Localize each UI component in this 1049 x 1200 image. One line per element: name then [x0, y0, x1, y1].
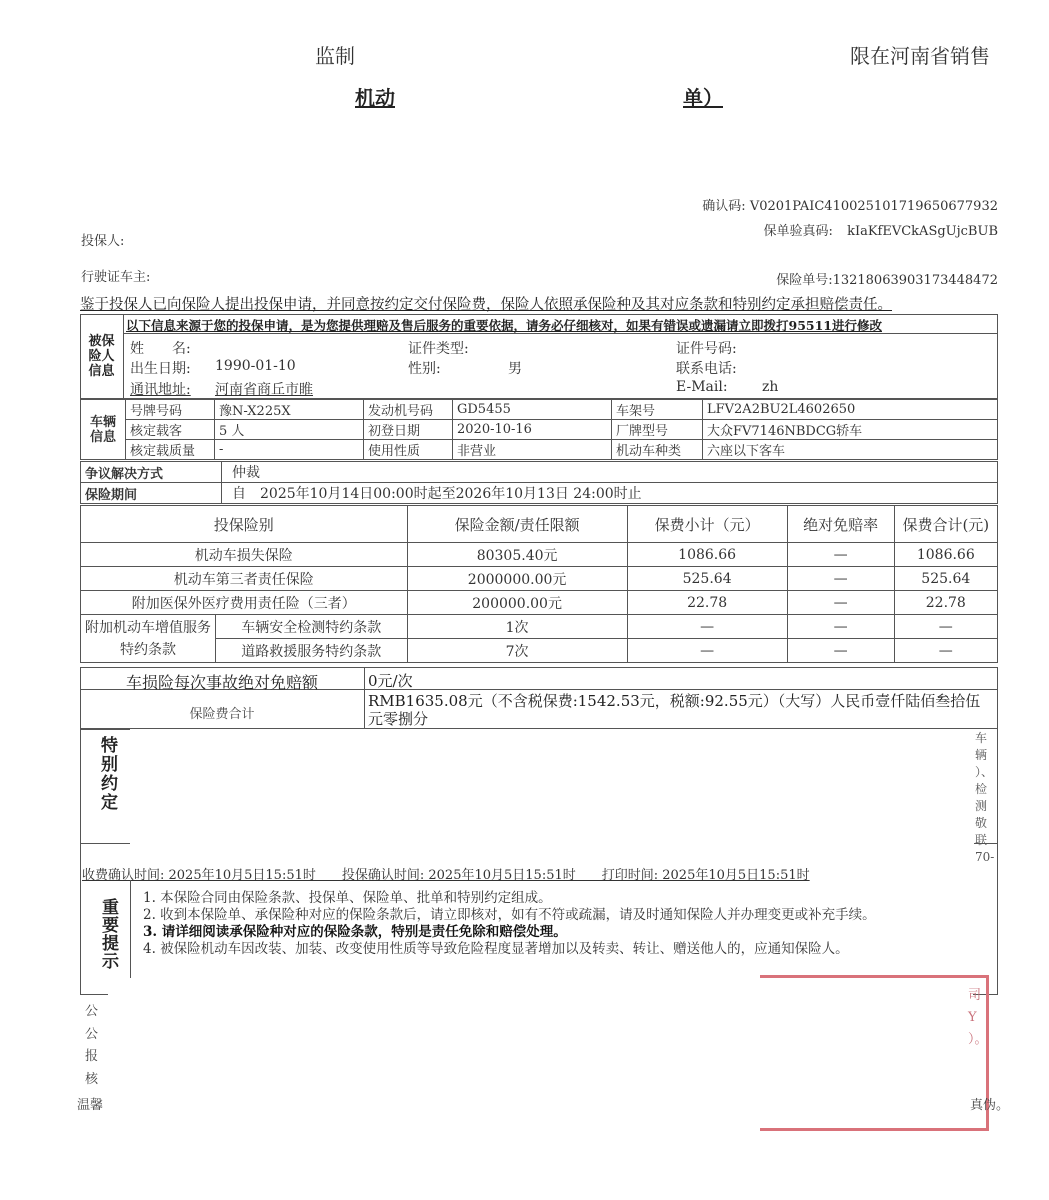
premium-label: 保险费合计 — [80, 703, 364, 722]
plate-value: 豫N-X225X — [215, 400, 364, 420]
seats-value: 5 人 — [215, 420, 364, 440]
coverage-total: 22.78 — [894, 591, 997, 615]
fragment: ）、 — [975, 764, 997, 781]
coverage-total: 1086.66 — [894, 543, 997, 567]
divider — [80, 729, 81, 844]
coverage-deductible: — — [787, 543, 894, 567]
coverage-name: 机动车损失保险 — [81, 543, 408, 567]
email-label: E-Mail: — [676, 379, 728, 395]
model-value: 大众FV7146NBDCG轿车 — [703, 420, 998, 440]
period-label: 保险期间 — [81, 483, 222, 504]
fragment: 70- — [975, 849, 997, 866]
confirm-code-value: V0201PAIC410025101719650677932 — [750, 199, 998, 214]
divider — [80, 844, 81, 880]
coverage-row: 附加医保外医疗费用责任险（三者） 200000.00元 22.78 — 22.7… — [81, 591, 998, 615]
fragment: ）。 — [968, 1029, 988, 1051]
addon-deductible: — — [787, 615, 894, 639]
applicant-label: 投保人: — [81, 230, 124, 249]
coverage-subtotal: 22.78 — [627, 591, 787, 615]
dispute-value: 仲裁 — [222, 462, 998, 483]
addon-row: 附加机动车增值服务特约条款 车辆安全检测特约条款 1次 — — — — [81, 615, 998, 639]
warm-tip-label: 温馨 — [77, 1094, 103, 1113]
document-title-left: 机动 — [355, 82, 395, 111]
vehicle-row: 核定载质量 - 使用性质 非营业 机动车种类 六座以下客车 — [81, 440, 998, 460]
coverage-header: 绝对免赔率 — [787, 506, 894, 543]
vehicle-row: 核定载客 5 人 初登日期 2020-10-16 厂牌型号 大众FV7146NB… — [81, 420, 998, 440]
addon-amount: 7次 — [407, 639, 627, 663]
coverage-amount: 2000000.00元 — [407, 567, 627, 591]
engine-no-value: GD5455 — [453, 400, 612, 420]
intro-statement: 鉴于投保人已向保险人提出投保申请，并同意按约定交付保险费，保险人依照承保险种及其… — [80, 293, 892, 314]
vin-value: LFV2A2BU2L4602650 — [703, 400, 998, 420]
addon-row: 道路救援服务特约条款 7次 — — — — [81, 639, 998, 663]
coverage-amount: 80305.40元 — [407, 543, 627, 567]
coverage-deductible: — — [787, 567, 894, 591]
coverage-row: 机动车第三者责任保险 2000000.00元 525.64 — 525.64 — [81, 567, 998, 591]
addon-amount: 1次 — [407, 615, 627, 639]
coverage-header: 保费合计(元) — [894, 506, 997, 543]
vehicle-row: 车辆信息 号牌号码 豫N-X225X 发动机号码 GD5455 车架号 LFV2… — [81, 400, 998, 420]
dispute-label: 争议解决方式 — [81, 462, 222, 483]
fragment: 核 — [85, 1069, 98, 1092]
footer-left-fragments: 公 公 报 核 — [85, 1001, 98, 1091]
premium-value: RMB1635.08元（不含税保费:1542.53元，税额:92.55元）（大写… — [368, 692, 993, 728]
engine-no-label: 发动机号码 — [364, 400, 453, 420]
id-number-label: 证件号码: — [676, 338, 737, 358]
insured-section-label: 被保险人信息 — [88, 334, 116, 379]
addon-name: 道路救援服务特约条款 — [216, 639, 408, 663]
header-supervisor-fragment: 监制 — [315, 40, 355, 69]
coverage-subtotal: 1086.66 — [627, 543, 787, 567]
divider — [997, 729, 998, 844]
notice-item: 2. 收到本保险单、承保险种对应的保险条款后，请立即核对，如有不符或疏漏，请及时… — [143, 907, 988, 924]
fragment: 车辆 — [975, 730, 997, 764]
policy-number-label: 保险单号: — [776, 273, 832, 288]
notice-item: 1. 本保险合同由保险条款、投保单、保险单、批单和特别约定组成。 — [143, 890, 988, 907]
confirm-code-label: 确认码: — [702, 199, 745, 214]
fragment: Y — [968, 1007, 988, 1029]
divider — [124, 333, 997, 334]
insured-section-label-cell: 被保险人信息 — [80, 314, 124, 399]
fragment: 敬 — [975, 815, 997, 832]
policy-terms-table: 争议解决方式 仲裁 保险期间 自 2025年10月14日00:00时起至2026… — [80, 461, 998, 504]
load-label: 核定载质量 — [126, 440, 215, 460]
divider — [364, 667, 365, 729]
vehicle-info-table: 车辆信息 号牌号码 豫N-X225X 发动机号码 GD5455 车架号 LFV2… — [80, 399, 998, 460]
addon-subtotal: — — [627, 639, 787, 663]
document-title-right: 单） — [683, 82, 743, 111]
period-value: 自 2025年10月14日00:00时起至2026年10月13日 24:00时止 — [222, 483, 998, 504]
coverage-header: 保险金额/责任限额 — [407, 506, 627, 543]
addon-name: 车辆安全检测特约条款 — [216, 615, 408, 639]
period-row: 保险期间 自 2025年10月14日00:00时起至2026年10月13日 24… — [81, 483, 998, 504]
reg-date-label: 初登日期 — [364, 420, 453, 440]
dob-label: 出生日期: — [130, 358, 191, 378]
important-notice-list: 1. 本保险合同由保险条款、投保单、保险单、批单和特别约定组成。 2. 收到本保… — [143, 890, 988, 978]
deductible-label: 车损险每次事故绝对免赔额 — [80, 670, 364, 693]
addon-total: — — [894, 639, 997, 663]
vin-label: 车架号 — [612, 400, 703, 420]
usage-label: 使用性质 — [364, 440, 453, 460]
verify-code-value: kIaKfEVCkASgUjcBUB — [847, 224, 998, 239]
plate-label: 号牌号码 — [126, 400, 215, 420]
reg-date-value: 2020-10-16 — [453, 420, 612, 440]
gender-value: 男 — [508, 358, 522, 378]
fragment: 公 — [85, 1024, 98, 1047]
coverage-deductible: — — [787, 591, 894, 615]
special-agreement-fragments: 车辆 ）、 检测 敬 联 70- — [975, 730, 997, 866]
policy-number: 保险单号:13218063903173448472 — [776, 269, 998, 288]
vehicle-section-label: 车辆信息 — [81, 400, 126, 460]
fragment: 报 — [85, 1046, 98, 1069]
load-value: - — [215, 440, 364, 460]
policy-number-value: 13218063903173448472 — [833, 273, 998, 288]
divider — [80, 729, 130, 730]
model-label: 厂牌型号 — [612, 420, 703, 440]
divider — [80, 843, 130, 844]
divider — [130, 880, 131, 978]
address-label: 通讯地址: — [130, 379, 191, 399]
vehicle-type-label: 机动车种类 — [612, 440, 703, 460]
coverage-amount: 200000.00元 — [407, 591, 627, 615]
fragment: 公 — [85, 1001, 98, 1024]
id-type-label: 证件类型: — [408, 338, 469, 358]
fragment: 联 — [975, 832, 997, 849]
gender-label: 性别: — [408, 358, 441, 378]
coverage-row: 机动车损失保险 80305.40元 1086.66 — 1086.66 — [81, 543, 998, 567]
insured-notice: 以下信息来源于您的投保申请，是为您提供理赔及售后服务的重要依据，请务必仔细核对，… — [126, 316, 956, 334]
email-value: zh — [762, 379, 778, 395]
coverage-name: 附加医保外医疗费用责任险（三者） — [81, 591, 408, 615]
special-agreement-label: 特别约定 — [95, 736, 120, 812]
dob-value: 1990-01-10 — [215, 358, 296, 374]
coverage-total: 525.64 — [894, 567, 997, 591]
footer-right-fragments: 司 Y ）。 — [968, 985, 988, 1051]
fragment: 司 — [968, 985, 988, 1007]
coverage-name: 机动车第三者责任保险 — [81, 567, 408, 591]
usage-value: 非营业 — [453, 440, 612, 460]
footer-right-tail: 真伪。 — [970, 1094, 1009, 1113]
coverage-table: 投保险别 保险金额/责任限额 保费小计（元） 绝对免赔率 保费合计(元) 机动车… — [80, 505, 998, 663]
addon-deductible: — — [787, 639, 894, 663]
important-notice-label: 重要提示 — [96, 898, 121, 970]
deductible-value: 0元/次 — [368, 670, 413, 691]
addon-subtotal: — — [627, 615, 787, 639]
fragment: 检测 — [975, 781, 997, 815]
coverage-header-row: 投保险别 保险金额/责任限额 保费小计（元） 绝对免赔率 保费合计(元) — [81, 506, 998, 543]
name-label: 姓 名: — [130, 338, 191, 358]
dispute-row: 争议解决方式 仲裁 — [81, 462, 998, 483]
verify-code-label: 保单验真码: — [764, 224, 833, 239]
verify-code: 保单验真码: kIaKfEVCkASgUjcBUB — [764, 220, 998, 239]
owner-label: 行驶证车主: — [81, 266, 150, 285]
coverage-header: 保费小计（元） — [627, 506, 787, 543]
coverage-subtotal: 525.64 — [627, 567, 787, 591]
coverage-header: 投保险别 — [81, 506, 408, 543]
notice-item: 4. 被保险机动车因改装、加装、改变使用性质等导致危险程度显著增加以及转卖、转让… — [143, 941, 988, 958]
phone-label: 联系电话: — [676, 358, 737, 378]
notice-item: 3. 请详细阅读承保险种对应的保险条款，特别是责任免除和赔偿处理。 — [143, 924, 988, 941]
address-value: 河南省商丘市睢 — [215, 379, 313, 399]
seats-label: 核定载客 — [126, 420, 215, 440]
confirm-code: 确认码: V0201PAIC410025101719650677932 — [702, 195, 998, 214]
addon-group-label: 附加机动车增值服务特约条款 — [81, 615, 216, 663]
vehicle-type-value: 六座以下客车 — [703, 440, 998, 460]
header-sales-region: 限在河南省销售 — [850, 40, 990, 69]
addon-total: — — [894, 615, 997, 639]
highlight-box — [760, 975, 989, 1131]
divider — [997, 844, 998, 880]
